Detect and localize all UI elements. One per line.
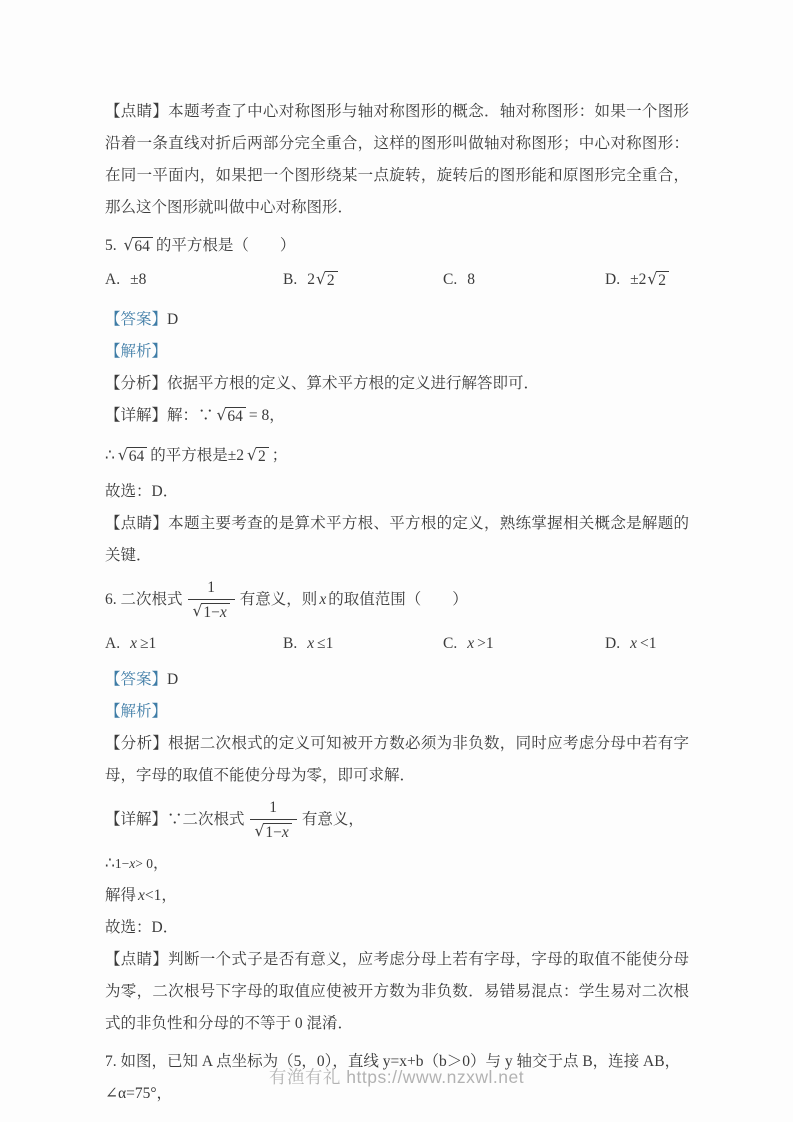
radicand: 2 [656,271,669,289]
therefore-symbol: ∴ [105,855,115,872]
variable-x: x [138,887,145,904]
q5-jiexi-line: 【解析】 [105,336,689,368]
answer-value: D [167,671,178,688]
inequality-lhs: 1− [115,856,129,871]
q5-option-b: B. 2 √2 [283,264,443,296]
punctuation: ， [161,887,177,904]
q5-option-d: D. ±2 √2 [605,264,689,296]
sqrt-expression: √64 [124,237,153,255]
answer-label: 【答案】 [105,311,167,328]
equation-result: = 8， [249,407,285,424]
answer-label: 【答案】 [105,671,167,688]
fraction: 1 √1−x [250,798,297,842]
relation: ≤1 [317,628,333,660]
dianjing-label: 【点睛】 [105,951,168,968]
jiexi-label: 【解析】 [105,703,167,720]
q6-xiangjie-line: 【详解】∵二次根式 1 √1−x 有意义， [105,792,689,848]
xiangjie-post: 有意义， [302,810,364,830]
q5-option-a: A. ±8 [105,264,283,296]
sqrt-expression: √1−x [255,823,292,841]
radicand: 1−x [263,823,291,841]
q5-number: 5. [105,237,117,254]
relation: >1 [477,628,494,660]
punctuation: ； [272,447,288,464]
option-letter: C. [443,264,457,296]
answer-value: D [167,311,178,328]
option-letter: A. [105,264,120,296]
fraction-numerator: 1 [265,798,281,819]
xiangjie-text: 解：∵ [167,407,214,424]
q5-conclusion-line: ∴√64的平方根是±2√2； [105,440,689,472]
q4-remark-paragraph: 【点睛】本题考查了中心对称图形与轴对称图形的概念．轴对称图形：如果一个图形沿着一… [105,96,689,224]
fraction: 1 √1−x [188,578,235,622]
radicand-const: 1− [265,824,282,841]
variable-x: x [319,590,326,610]
q6-step2-line: 解得x<1， [105,880,689,912]
inequality-rhs: <1 [145,887,162,904]
result-coefficient: ±2 [228,447,244,464]
fraction-denominator: √1−x [188,599,235,622]
sqrt-expression: √2 [316,271,338,289]
option-letter: B. [283,264,297,296]
option-coefficient: 2 [307,264,315,296]
option-value: 8 [467,264,475,296]
variable-x: x [467,628,474,660]
remark-text: 本题考查了中心对称图形与轴对称图形的概念．轴对称图形：如果一个图形沿着一条直线对… [105,103,689,216]
sqrt-expression: √64 [118,447,147,465]
fraction-denominator: √1−x [250,819,297,842]
option-letter: A. [105,628,120,660]
therefore-symbol: ∴ [105,447,115,464]
remark-label: 【点睛】 [105,103,168,120]
fenxi-text: 根据二次根式的定义可知被开方数必须为非负数，同时应考虑分母中若有字母，字母的取值… [105,735,689,784]
q6-stem-suffix: 的取值范围（ ） [328,590,468,610]
sqrt-expression: √1−x [193,603,230,621]
q5-dianjing-paragraph: 【点睛】本题主要考查的是算术平方根、平方根的定义，熟练掌握相关概念是解题的关键． [105,508,689,572]
option-letter: D. [605,628,620,660]
variable-x: x [220,604,227,621]
jiexi-label: 【解析】 [105,343,167,360]
radicand: 64 [127,447,148,465]
q6-option-c: C. x>1 [443,628,605,660]
relation: <1 [640,628,657,660]
page-footer: 有渔有礼 https://www.nzxwl.net [0,1064,793,1089]
option-coefficient: ±2 [630,264,646,296]
step-text: 解得 [105,887,136,904]
q6-option-d: D. x<1 [605,628,689,660]
conclusion-text: 的平方根是 [150,447,228,464]
option-letter: C. [443,628,457,660]
fenxi-text: 依据平方根的定义、算术平方根的定义进行解答即可． [167,375,539,392]
q6-step1-line: ∴1−x> 0， [105,848,689,880]
relation: ≥1 [140,628,156,660]
sqrt-expression: √2 [647,271,669,289]
q5-options: A. ±8 B. 2 √2 C. 8 D. ±2 √2 [105,264,689,296]
q6-options: A. x≥1 B. x≤1 C. x>1 D. x<1 [105,628,689,660]
radicand: 64 [225,407,246,425]
punctuation: ， [153,855,169,872]
dianjing-label: 【点睛】 [105,515,168,532]
dianjing-text: 判断一个式子是否有意义，应考虑分母上若有字母，字母的取值不能使分母为零，二次根号… [105,951,689,1032]
variable-x: x [130,628,137,660]
q5-fenxi-line: 【分析】依据平方根的定义、算术平方根的定义进行解答即可． [105,368,689,400]
variable-x: x [630,628,637,660]
choice-text: 故选：D． [105,483,178,500]
document-body: 【点睛】本题考查了中心对称图形与轴对称图形的概念．轴对称图形：如果一个图形沿着一… [105,96,689,1110]
q5-xiangjie-line: 【详解】解：∵√64= 8， [105,400,689,432]
xiangjie-label: 【详解】 [105,407,167,424]
q6-stem-pre: 二次根式 [121,590,183,610]
q6-fenxi-paragraph: 【分析】根据二次根式的定义可知被开方数必须为非负数，同时应考虑分母中若有字母，字… [105,728,689,792]
fraction-numerator: 1 [203,578,219,599]
q6-stem-mid: 有意义，则 [240,590,318,610]
fenxi-label: 【分析】 [105,735,168,752]
q6-dianjing-paragraph: 【点睛】判断一个式子是否有意义，应考虑分母上若有字母，字母的取值不能使分母为零，… [105,944,689,1040]
inequality-rhs: > 0 [135,856,153,871]
radicand-const: 1− [203,604,220,621]
option-letter: D. [605,264,620,296]
radicand: 2 [256,447,269,465]
q5-stem: 5. √64的平方根是（ ） [105,230,689,262]
q6-option-a: A. x≥1 [105,628,283,660]
q6-jiexi-line: 【解析】 [105,696,689,728]
fenxi-label: 【分析】 [105,375,167,392]
radicand: 2 [325,271,338,289]
variable-x: x [282,824,289,841]
xiangjie-text: ∵二次根式 [167,810,245,830]
radicand: 1−x [201,603,229,621]
sqrt-expression: √2 [247,447,269,465]
dianjing-text: 本题主要考查的是算术平方根、平方根的定义，熟练掌握相关概念是解题的关键． [105,515,689,564]
q5-answer-line: 【答案】D [105,304,689,336]
radicand: 64 [132,237,153,255]
q6-choice-line: 故选：D． [105,912,689,944]
q5-choice-line: 故选：D． [105,476,689,508]
option-letter: B. [283,628,297,660]
variable-x: x [307,628,314,660]
q5-stem-text: 的平方根是（ ） [156,237,296,254]
q6-option-b: B. x≤1 [283,628,443,660]
q5-option-c: C. 8 [443,264,605,296]
q6-answer-line: 【答案】D [105,664,689,696]
choice-text: 故选：D． [105,919,178,936]
footer-watermark: 有渔有礼 https://www.nzxwl.net [269,1067,524,1087]
q6-number: 6. [105,590,117,610]
xiangjie-label: 【详解】 [105,810,167,830]
sqrt-expression: √64 [217,407,246,425]
q6-stem: 6. 二次根式 1 √1−x 有意义，则x的取值范围（ ） [105,572,689,628]
document-page: 【点睛】本题考查了中心对称图形与轴对称图形的概念．轴对称图形：如果一个图形沿着一… [0,0,793,1122]
option-value: ±8 [130,264,146,296]
